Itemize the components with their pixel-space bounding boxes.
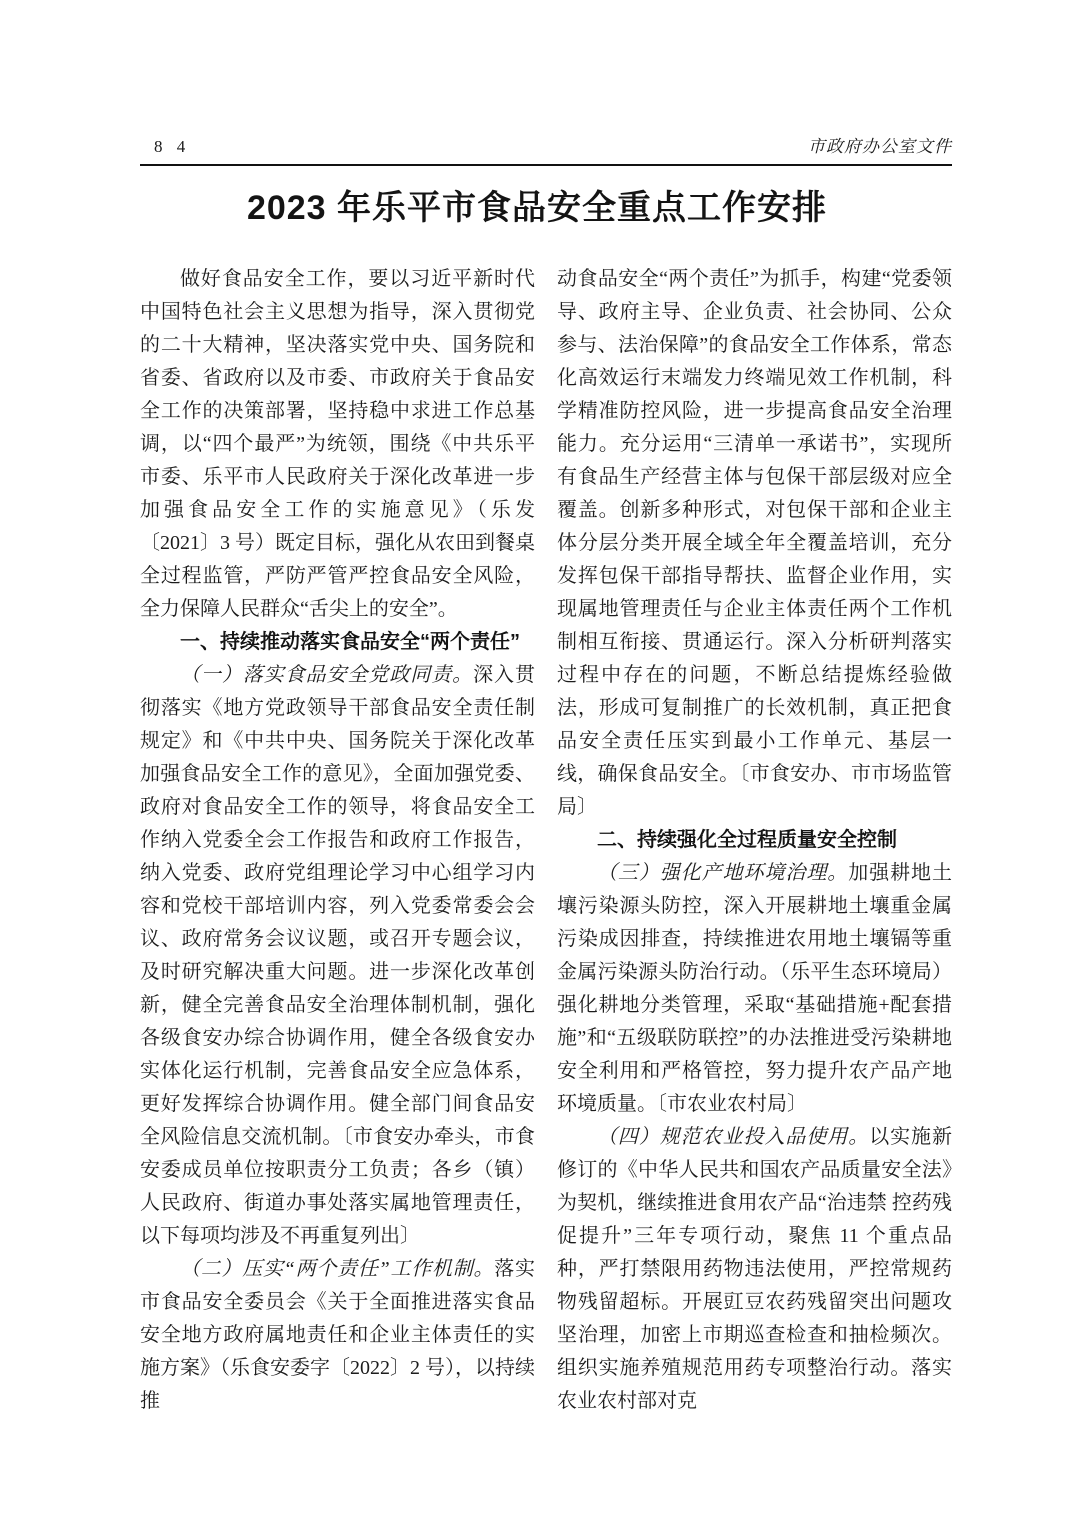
item-paragraph-3: （三）强化产地环境治理。加强耕地土壤污染源头防控，深入开展耕地土壤重金属污染成因… <box>557 857 952 1121</box>
item-2-lead: （二）压实“两个责任”工作机制。 <box>180 1258 494 1280</box>
item-4-lead: （四）规范农业投入品使用。 <box>597 1126 869 1148</box>
item-3-text: 加强耕地土壤污染源头防控，深入开展耕地土壤重金属污染成因排查，持续推进农用地土壤… <box>557 862 952 1115</box>
item-paragraph-2-continuation: 动食品安全“两个责任”为抓手，构建“党委领导、政府主导、企业负责、社会协同、公众… <box>557 263 952 824</box>
left-column: 做好食品安全工作，要以习近平新时代中国特色社会主义思想为指导，深入贯彻党的二十大… <box>140 263 535 1418</box>
header-rule <box>140 164 952 166</box>
header-doc-label: 市政府办公室文件 <box>808 136 952 158</box>
page-number: 8 4 <box>140 136 190 158</box>
item-3-lead: （三）强化产地环境治理。 <box>597 862 848 884</box>
right-column: 动食品安全“两个责任”为抓手，构建“党委领导、政府主导、企业负责、社会协同、公众… <box>557 263 952 1418</box>
item-2-text: 落实市食品安全委员会《关于全面推进落实食品安全地方政府属地责任和企业主体责任的实… <box>140 1258 535 1412</box>
section-heading-2: 二、持续强化全过程质量安全控制 <box>557 824 952 857</box>
item-1-lead: （一）落实食品安全党政同责。 <box>180 664 473 686</box>
section-heading-1: 一、持续推动落实食品安全“两个责任” <box>140 626 535 659</box>
item-paragraph-4: （四）规范农业投入品使用。以实施新修订的《中华人民共和国农产品质量安全法》为契机… <box>557 1121 952 1418</box>
item-4-text: 以实施新修订的《中华人民共和国农产品质量安全法》为契机，继续推进食用农产品“治违… <box>557 1126 952 1412</box>
item-1-text: 深入贯彻落实《地方党政领导干部食品安全责任制规定》和《中共中央、国务院关于深化改… <box>140 664 535 1247</box>
item-paragraph-2: （二）压实“两个责任”工作机制。落实市食品安全委员会《关于全面推进落实食品安全地… <box>140 1253 535 1418</box>
page-header: 8 4 市政府办公室文件 <box>140 136 952 158</box>
document-title: 2023 年乐平市食品安全重点工作安排 <box>0 186 1074 230</box>
item-paragraph-1: （一）落实食品安全党政同责。深入贯彻落实《地方党政领导干部食品安全责任制规定》和… <box>140 659 535 1253</box>
document-page: 8 4 市政府办公室文件 2023 年乐平市食品安全重点工作安排 做好食品安全工… <box>0 0 1074 1520</box>
document-body: 做好食品安全工作，要以习近平新时代中国特色社会主义思想为指导，深入贯彻党的二十大… <box>140 263 952 1418</box>
intro-paragraph: 做好食品安全工作，要以习近平新时代中国特色社会主义思想为指导，深入贯彻党的二十大… <box>140 263 535 626</box>
